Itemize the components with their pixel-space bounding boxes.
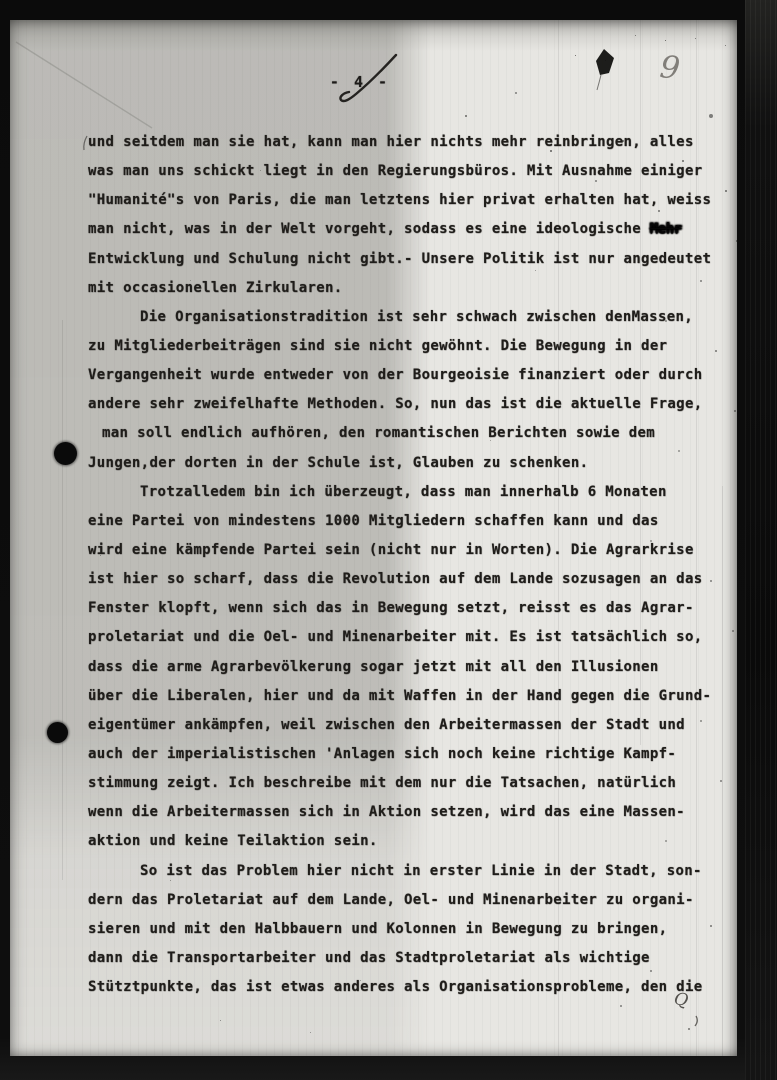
- typed-line-text: So ist das Problem hier nicht in erster …: [140, 863, 702, 879]
- typed-line-text: auch der imperialistischen 'Anlagen sich…: [88, 746, 676, 762]
- typed-line: Entwicklung und Schulung nicht gibt.- Un…: [88, 245, 713, 274]
- typed-line-text: Die Organisationstradition ist sehr schw…: [140, 309, 693, 325]
- scan-speckles: [10, 20, 11, 21]
- typed-line-text: dern das Proletariat auf dem Lande, Oel-…: [88, 892, 694, 908]
- typed-line: sieren und mit den Halbbauern und Kolonn…: [88, 915, 713, 944]
- typed-line: eigentümer ankämpfen, weil zwischen den …: [88, 711, 713, 740]
- typed-line: man soll endlich aufhören, den romantisc…: [88, 419, 713, 448]
- typed-line-text: Vergangenheit wurde entweder von der Bou…: [88, 367, 703, 383]
- scanner-border-right: [745, 0, 777, 1080]
- typed-line-text: was man uns schickt liegt in den Regieru…: [88, 163, 703, 179]
- typed-line-text: proletariat und die Oel- und Minenarbeit…: [88, 629, 703, 645]
- typed-line: und seitdem man sie hat, kann man hier n…: [88, 128, 713, 157]
- paper-fold-line: [62, 320, 63, 880]
- document-paper: - 4 - 9 Q und seitdem man sie hat, kann …: [10, 20, 737, 1056]
- typed-line: wird eine kämpfende Partei sein (nicht n…: [88, 536, 713, 565]
- typed-line-text: wird eine kämpfende Partei sein (nicht n…: [88, 542, 694, 558]
- typed-line-text: man soll endlich aufhören, den romantisc…: [102, 425, 655, 441]
- overstruck-word: Mehr: [650, 221, 682, 237]
- typed-line: "Humanité"s von Paris, die man letztens …: [88, 186, 713, 215]
- typed-line-text: Fenster klopft, wenn sich das in Bewegun…: [88, 600, 694, 616]
- typed-line: Vergangenheit wurde entweder von der Bou…: [88, 361, 713, 390]
- typed-line-text: wenn die Arbeitermassen sich in Aktion s…: [88, 804, 685, 820]
- typed-line: ist hier so scharf, dass die Revolution …: [88, 565, 713, 594]
- typed-line-text: Stütztpunkte, das ist etwas anderes als …: [88, 979, 703, 995]
- typed-line: Fenster klopft, wenn sich das in Bewegun…: [88, 594, 713, 623]
- typed-line: was man uns schickt liegt in den Regieru…: [88, 157, 713, 186]
- typed-line-text: "Humanité"s von Paris, die man letztens …: [88, 192, 711, 208]
- typed-line-text: dass die arme Agrarbevölkerung sogar jet…: [88, 659, 659, 675]
- typed-line: wenn die Arbeitermassen sich in Aktion s…: [88, 798, 713, 827]
- typed-text-body: und seitdem man sie hat, kann man hier n…: [88, 128, 713, 1002]
- typed-line-text: zu Mitgliederbeiträgen sind sie nicht ge…: [88, 338, 667, 354]
- typed-line: andere sehr zweifelhafte Methoden. So, n…: [88, 390, 713, 419]
- typed-line-text: ist hier so scharf, dass die Revolution …: [88, 571, 703, 587]
- typed-line-text: Entwicklung und Schulung nicht gibt.- Un…: [88, 251, 711, 267]
- typed-line-text: andere sehr zweifelhafte Methoden. So, n…: [88, 396, 703, 412]
- typed-line: Jungen,der dorten in der Schule ist, Gla…: [88, 449, 713, 478]
- typed-line-text: man nicht, was in der Welt vorgeht, soda…: [88, 221, 650, 237]
- typed-line-text: stimmung zeigt. Ich beschreibe mit dem n…: [88, 775, 676, 791]
- typed-line: Trotzalledem bin ich überzeugt, dass man…: [88, 478, 713, 507]
- typed-line: mit occasionellen Zirkularen.: [88, 274, 713, 303]
- typed-line-text: Jungen,der dorten in der Schule ist, Gla…: [88, 455, 588, 471]
- typed-line-text: und seitdem man sie hat, kann man hier n…: [88, 134, 694, 150]
- typed-line: über die Liberalen, hier und da mit Waff…: [88, 682, 713, 711]
- typed-line-text: eigentümer ankämpfen, weil zwischen den …: [88, 717, 685, 733]
- typed-line-text: über die Liberalen, hier und da mit Waff…: [88, 688, 711, 704]
- hole-punch: [54, 442, 77, 465]
- hole-punch: [47, 722, 68, 743]
- typed-line: dass die arme Agrarbevölkerung sogar jet…: [88, 653, 713, 682]
- typed-line-text: aktion und keine Teilaktion sein.: [88, 833, 378, 849]
- typed-line-text: eine Partei von mindestens 1000 Mitglied…: [88, 513, 659, 529]
- typed-line: stimmung zeigt. Ich beschreibe mit dem n…: [88, 769, 713, 798]
- handwritten-page-numeral: 9: [658, 49, 682, 87]
- typed-line-text: sieren und mit den Halbbauern und Kolonn…: [88, 921, 667, 937]
- typed-line-text: mit occasionellen Zirkularen.: [88, 280, 343, 296]
- typed-line: Stütztpunkte, das ist etwas anderes als …: [88, 973, 713, 1002]
- typed-line-text: Trotzalledem bin ich überzeugt, dass man…: [140, 484, 667, 500]
- typed-line: zu Mitgliederbeiträgen sind sie nicht ge…: [88, 332, 713, 361]
- page-number: - 4 -: [315, 73, 405, 91]
- typed-line-text: dann die Transportarbeiter und das Stadt…: [88, 950, 650, 966]
- typed-line: aktion und keine Teilaktion sein.: [88, 827, 713, 856]
- typed-line: dann die Transportarbeiter und das Stadt…: [88, 944, 713, 973]
- scan-streak: [722, 486, 723, 1056]
- typed-line: proletariat und die Oel- und Minenarbeit…: [88, 623, 713, 652]
- typed-line: auch der imperialistischen 'Anlagen sich…: [88, 740, 713, 769]
- typed-line: dern das Proletariat auf dem Lande, Oel-…: [88, 886, 713, 915]
- scanned-document-page: - 4 - 9 Q und seitdem man sie hat, kann …: [0, 0, 777, 1080]
- typed-line: So ist das Problem hier nicht in erster …: [88, 857, 713, 886]
- typed-line: man nicht, was in der Welt vorgeht, soda…: [88, 215, 713, 244]
- typed-line: eine Partei von mindestens 1000 Mitglied…: [88, 507, 713, 536]
- typed-line: Die Organisationstradition ist sehr schw…: [88, 303, 713, 332]
